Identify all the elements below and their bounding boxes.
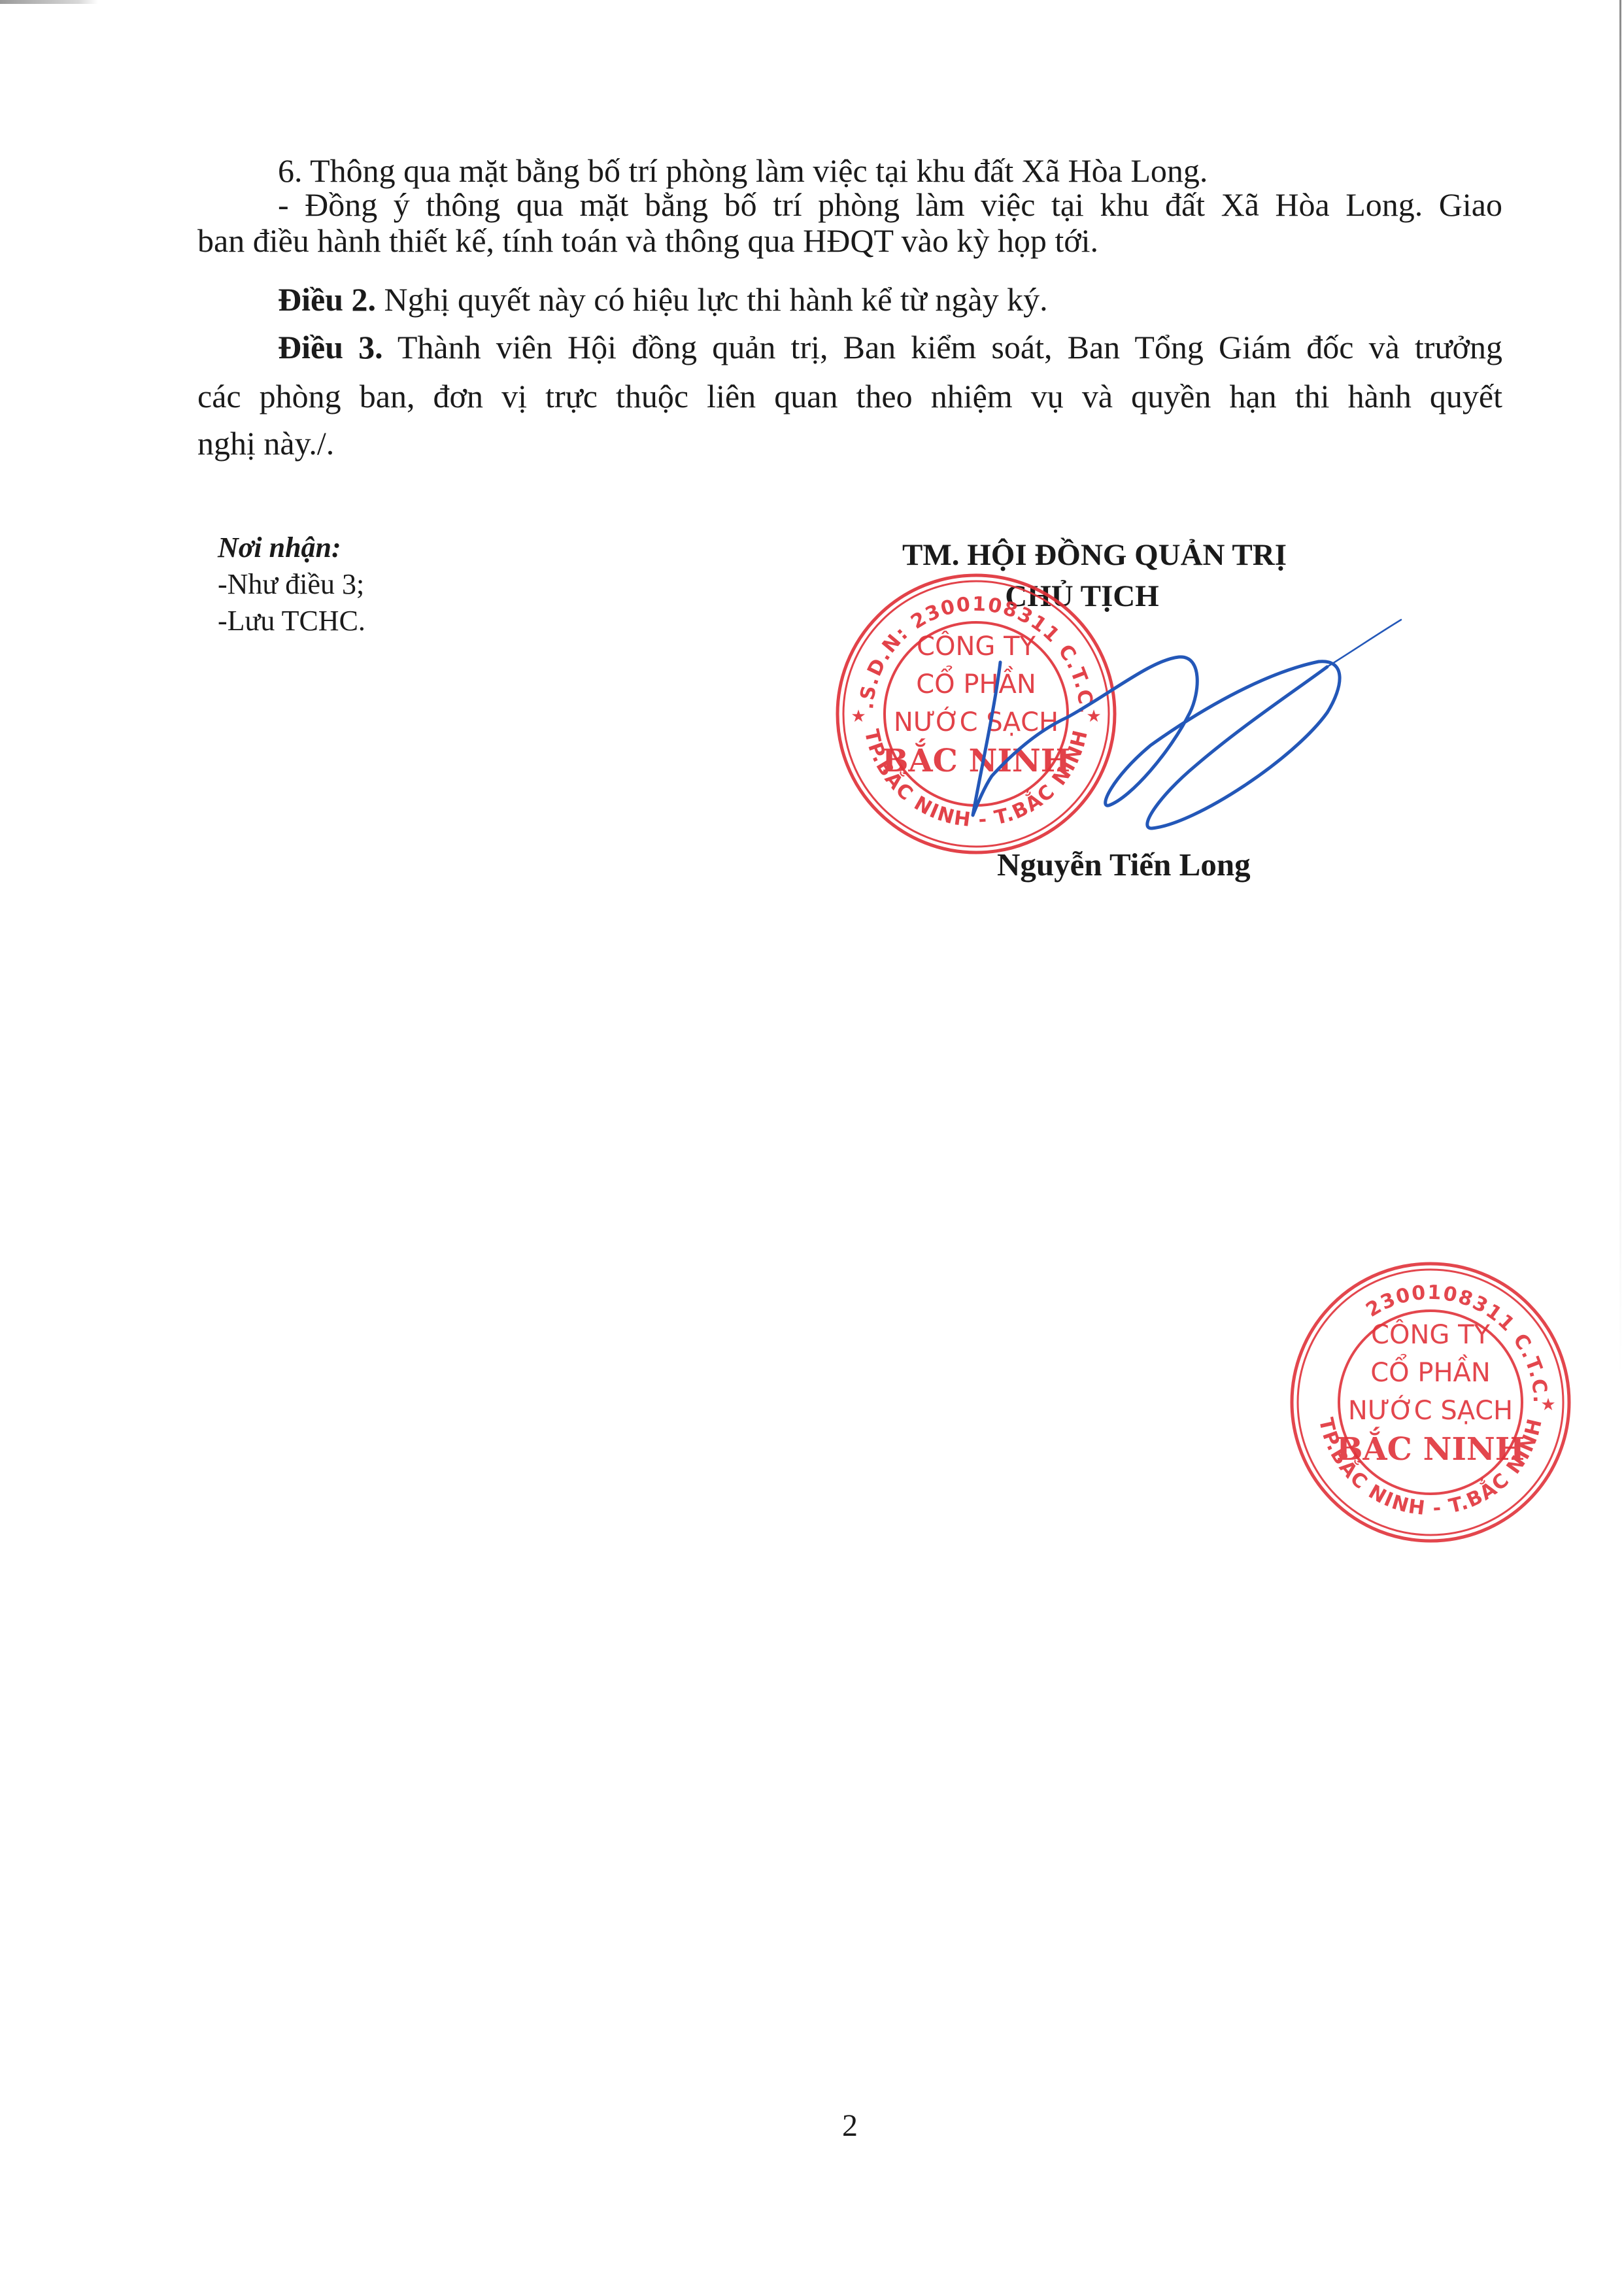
partial-stamp-inner-line: CỔ PHẦN	[1370, 1353, 1491, 1388]
signer-name: Nguyễn Tiến Long	[997, 849, 1251, 881]
partial-stamp-star: ★	[1540, 1395, 1555, 1415]
handwritten-signature	[0, 0, 1624, 915]
partial-stamp-inner-line: CÔNG TY	[1371, 1319, 1490, 1350]
partial-stamp-inner-line: NƯỚC SẠCH	[1348, 1394, 1513, 1426]
partial-stamp-inner-line: BẮC NINH	[1336, 1426, 1525, 1468]
page-number: 2	[830, 2110, 870, 2142]
page-edge-seal-stamp: 2300108311 C.T.C.P TP.BẮC NINH - T.BẮC N…	[1414, 1258, 1578, 1546]
